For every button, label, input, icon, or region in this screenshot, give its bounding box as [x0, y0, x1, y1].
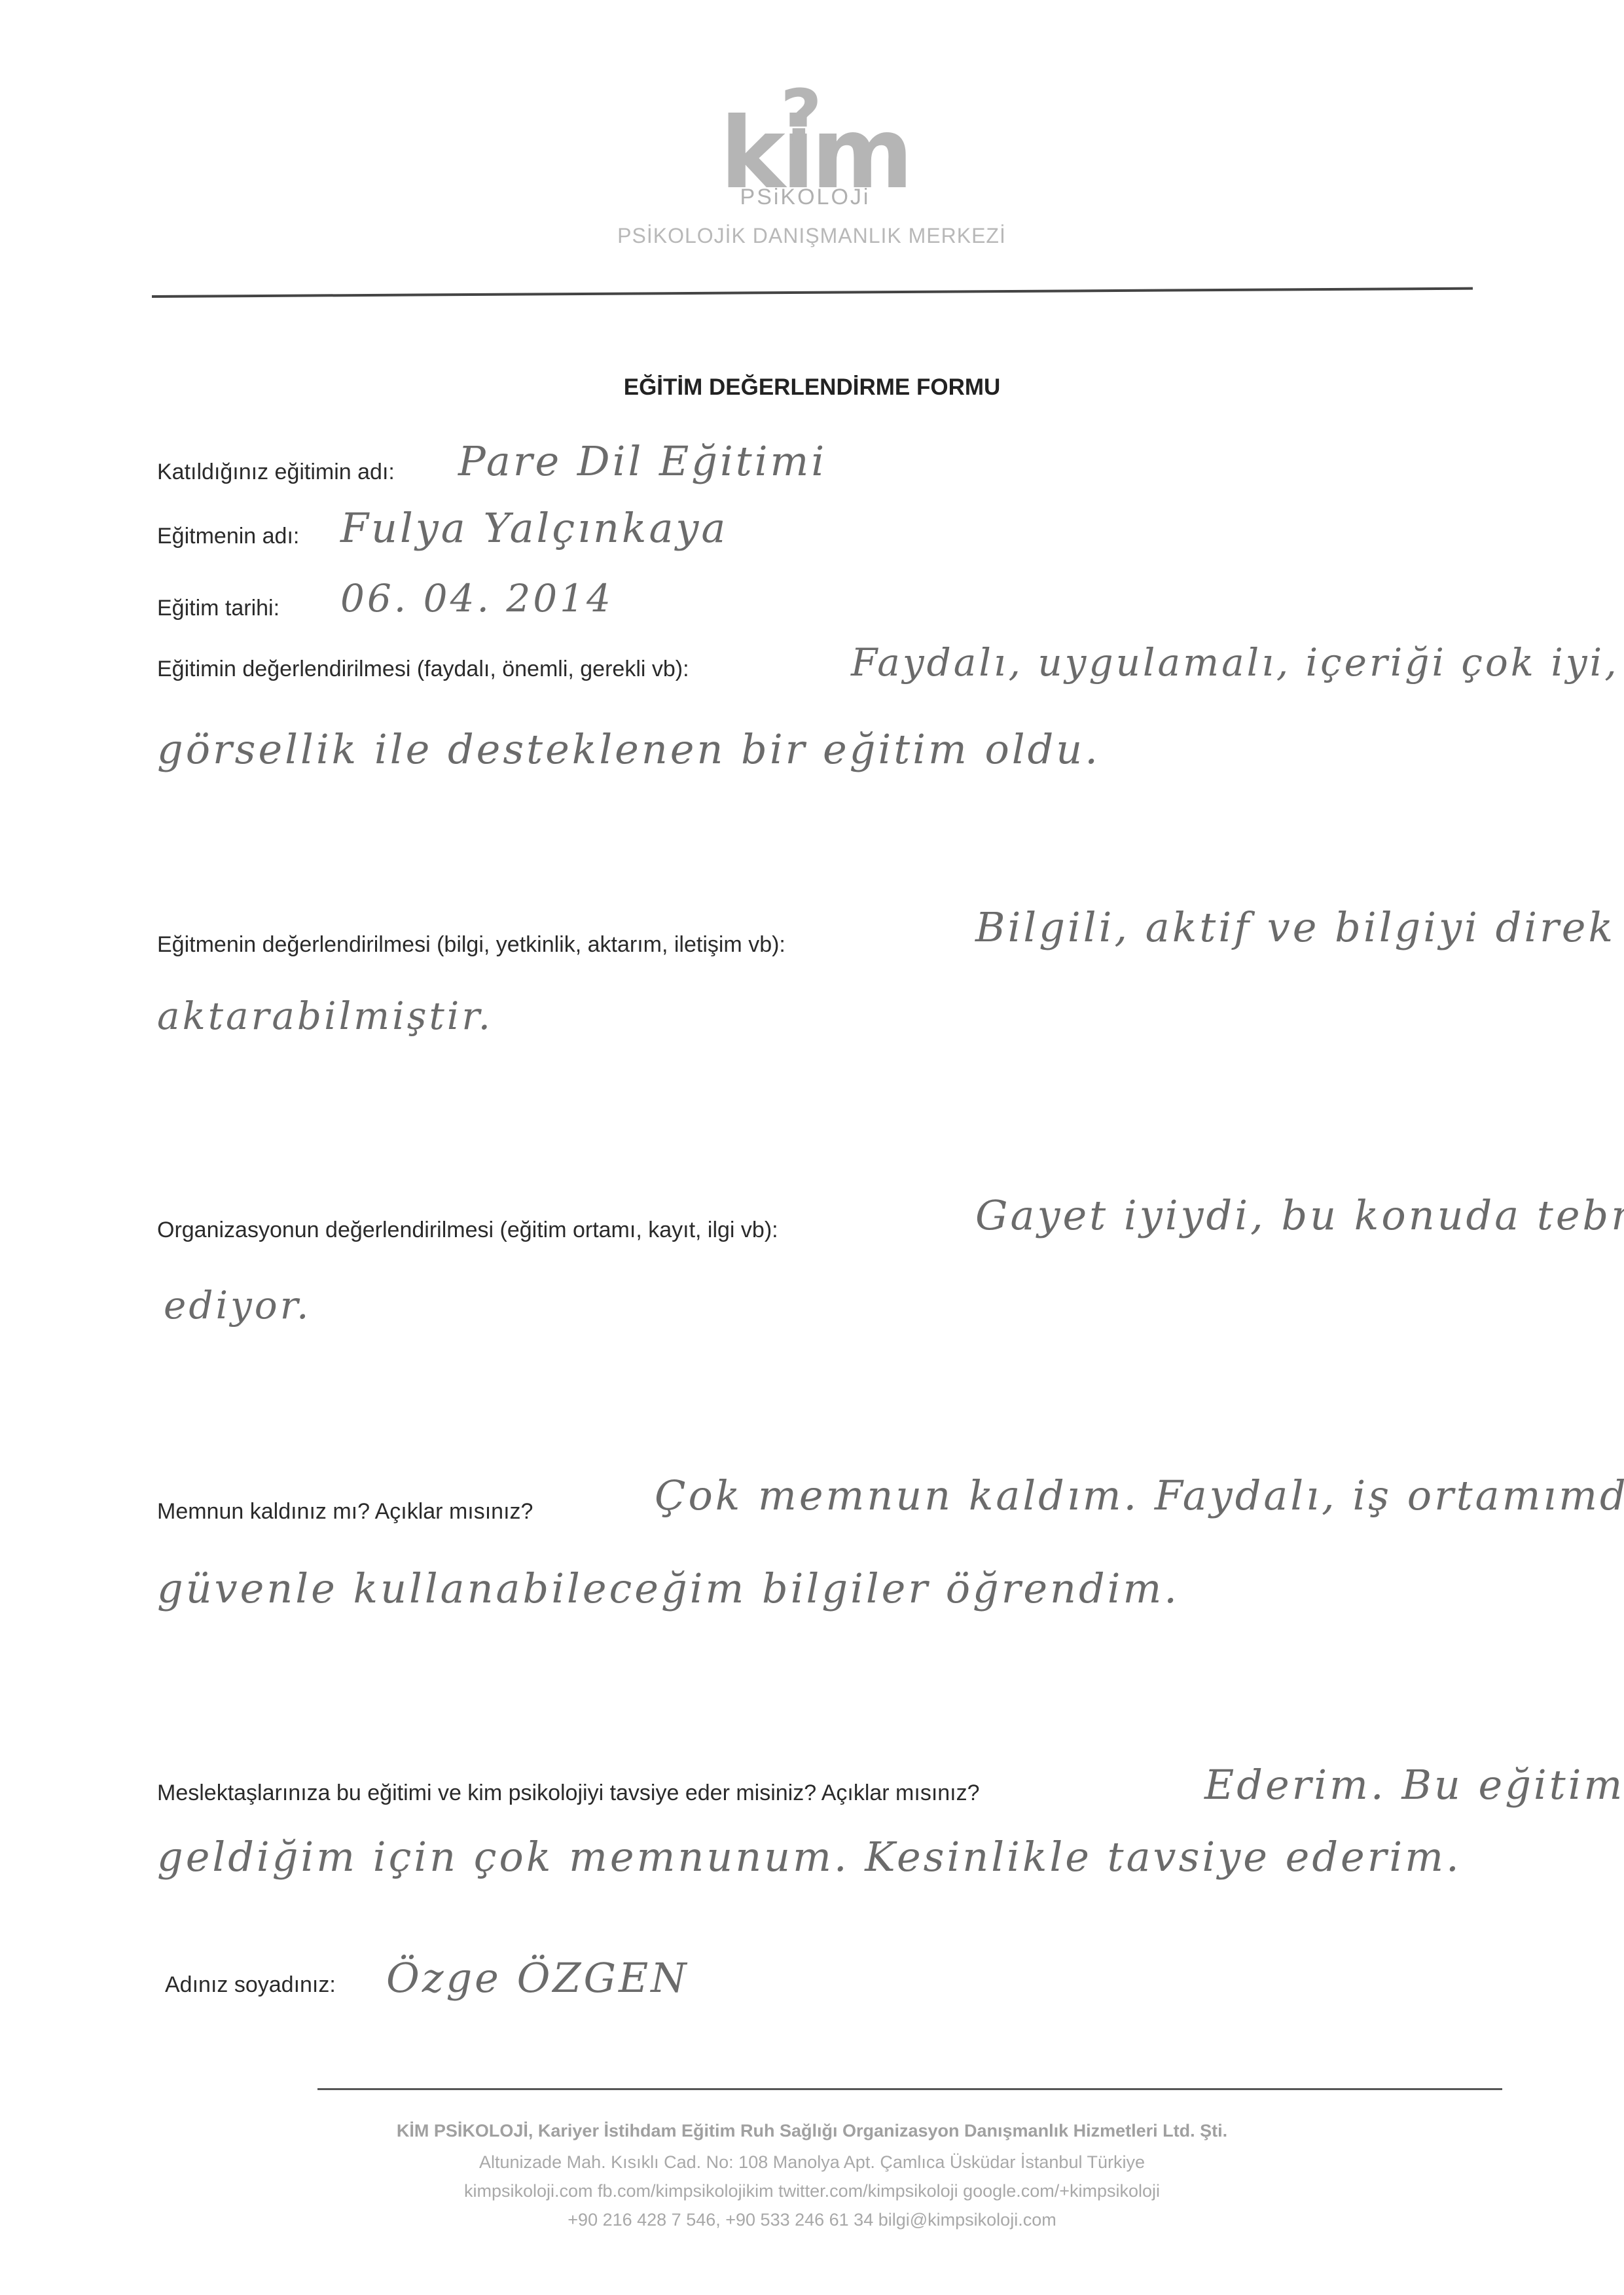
- satisfaction-field-line2[interactable]: güvenle kullanabileceğim bilgiler öğrend…: [157, 1564, 1180, 1612]
- recommendation-label: Meslektaşlarınıza bu eğitimi ve kim psik…: [157, 1780, 980, 1806]
- recommendation-field-line2[interactable]: geldiğim için çok memnunum. Kesinlikle t…: [157, 1833, 1462, 1881]
- footer-divider: [317, 2088, 1502, 2090]
- trainer-name-label: Eğitmenin adı:: [157, 524, 299, 549]
- training-date-field[interactable]: 06. 04. 2014: [340, 576, 613, 621]
- training-evaluation-field-line2[interactable]: görsellik ile desteklenen bir eğitim old…: [157, 725, 1100, 773]
- organization-evaluation-field-line1[interactable]: Gayet iyiydi, bu konuda tebrik: [975, 1191, 1624, 1239]
- trainer-evaluation-field-line1[interactable]: Bilgili, aktif ve bilgiyi direk: [975, 903, 1615, 951]
- footer-contact: +90 216 428 7 546, +90 533 246 61 34 bil…: [0, 2210, 1624, 2230]
- satisfaction-label: Memnun kaldınız mı? Açıklar mısınız?: [157, 1499, 533, 1525]
- logo-subtitle: PSİKOLOJİK DANIŞMANLIK MERKEZİ: [576, 224, 1047, 248]
- satisfaction-field-line1[interactable]: Çok memnun kaldım. Faydalı, iş ortamımda: [655, 1472, 1624, 1519]
- training-evaluation-field-line1[interactable]: Faydalı, uygulamalı, içeriği çok iyi,: [851, 640, 1619, 685]
- organization-evaluation-field-line2[interactable]: ediyor.: [164, 1283, 311, 1328]
- training-evaluation-label: Eğitimin değerlendirilmesi (faydalı, öne…: [157, 657, 689, 682]
- training-name-label: Katıldığınız eğitimin adı:: [157, 460, 395, 485]
- footer-address: Altunizade Mah. Kısıklı Cad. No: 108 Man…: [0, 2152, 1624, 2173]
- trainer-name-field[interactable]: Fulya Yalçınkaya: [340, 504, 728, 552]
- organization-evaluation-label: Organizasyonun değerlendirilmesi (eğitim…: [157, 1218, 778, 1243]
- trainer-evaluation-field-line2[interactable]: aktarabilmiştir.: [157, 994, 493, 1038]
- full-name-field[interactable]: Özge ÖZGEN: [386, 1954, 689, 2002]
- footer-web-links: kimpsikoloji.com fb.com/kimpsikolojikim …: [0, 2181, 1624, 2201]
- training-date-label: Eğitim tarihi:: [157, 596, 280, 621]
- header-divider: [152, 287, 1473, 298]
- form-title: EĞİTİM DEĞERLENDİRME FORMU: [0, 374, 1624, 401]
- full-name-label: Adınız soyadınız:: [165, 1972, 336, 1998]
- training-name-field[interactable]: Pare Dil Eğitimi: [458, 437, 827, 485]
- trainer-evaluation-label: Eğitmenin değerlendirilmesi (bilgi, yetk…: [157, 932, 785, 958]
- logo-question-icon: ?: [780, 67, 818, 165]
- recommendation-field-line1[interactable]: Ederim. Bu eğitime: [1204, 1761, 1624, 1809]
- logo-wordmark: PSiKOLOJi: [720, 185, 890, 210]
- footer-company: KİM PSİKOLOJİ, Kariyer İstihdam Eğitim R…: [0, 2121, 1624, 2141]
